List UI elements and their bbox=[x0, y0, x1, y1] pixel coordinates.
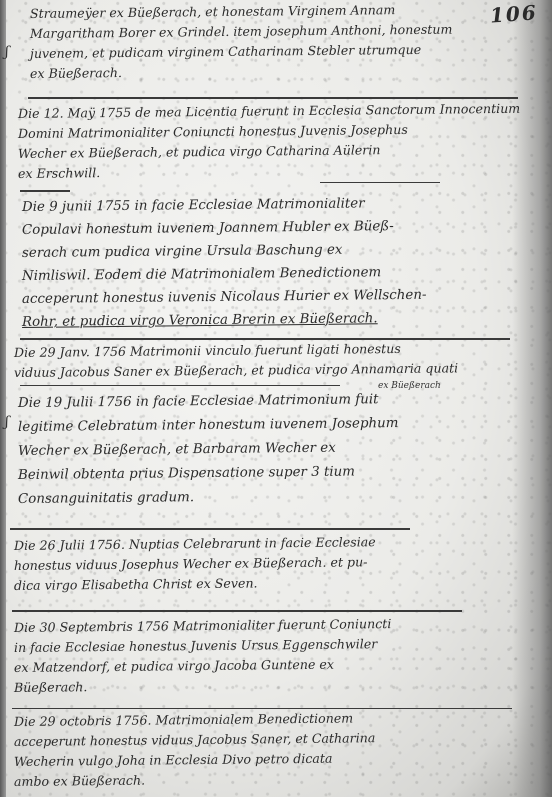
register-entry: Straumeÿer ex Büeßerach, et honestam Vir… bbox=[30, 4, 530, 84]
entry-line: Büeßerach. bbox=[14, 673, 514, 698]
register-entry: Die 12. Maÿ 1755 de mea Licentia fuerunt… bbox=[18, 104, 518, 184]
entry-separator bbox=[12, 610, 462, 612]
register-entry: Die 29 octobris 1756. Matrimonialem Bene… bbox=[14, 712, 514, 792]
entry-separator bbox=[320, 182, 440, 183]
register-entry: Die 26 Julii 1756. Nuptias Celebrarunt i… bbox=[14, 536, 514, 596]
margin-mark: ʃ bbox=[5, 44, 9, 60]
entry-separator bbox=[10, 528, 410, 530]
manuscript-page: 106 ʃ Straumeÿer ex Büeßerach, et honest… bbox=[0, 0, 552, 797]
register-entry: Die 9 junii 1755 in facie Ecclesiae Matr… bbox=[22, 196, 522, 334]
register-entry: Die 30 Septembris 1756 Matrimonialiter f… bbox=[14, 618, 514, 698]
register-entry: Die 29 Janv. 1756 Matrimonii vinculo fue… bbox=[14, 343, 514, 383]
margin-mark: ʃ bbox=[5, 414, 9, 430]
page-right-shadow bbox=[512, 0, 552, 797]
entry-separator bbox=[20, 385, 340, 386]
entry-line: ex Büeßerach. bbox=[30, 59, 530, 84]
register-entry: Die 19 Julii 1756 in facie Ecclesiae Mat… bbox=[18, 392, 518, 512]
entry-separator bbox=[28, 97, 518, 99]
entry-line: ex Erschwill. bbox=[18, 159, 518, 184]
entry-line: ambo ex Büeßerach. bbox=[14, 767, 514, 792]
page-left-edge bbox=[0, 0, 6, 797]
entry-line: dica virgo Elisabetha Christ ex Seven. bbox=[14, 571, 514, 596]
entry-line: Rohr, et pudica virgo Veronica Brerin ex… bbox=[22, 306, 522, 334]
entry-line: Consanguinitatis gradum. bbox=[18, 483, 518, 512]
entry-separator bbox=[20, 190, 70, 192]
entry-line: viduus Jacobus Saner ex Büeßerach, et pu… bbox=[14, 358, 514, 383]
